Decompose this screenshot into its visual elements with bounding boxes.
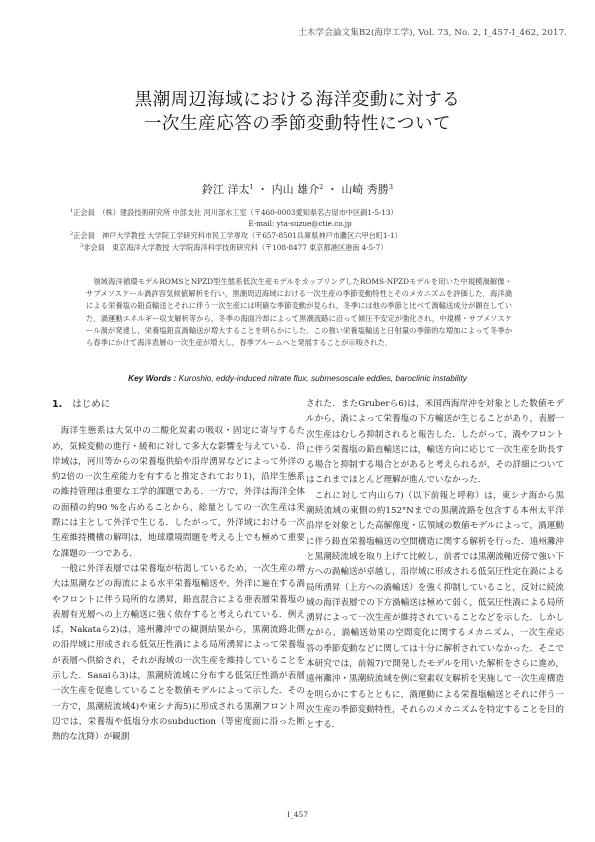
affil-text: 正会員 神戸大学教授 大学院工学研究科市民工学専攻（〒657-8501兵庫県神戸… [73,231,402,240]
body-paragraph: された．またGruberら6)は，米国西海岸沖を対象とした数値モデルから，渦によ… [306,397,564,489]
affiliation-2: 2正会員 神戸大学教授 大学院工学研究科市民工学専攻（〒657-8501兵庫県神… [70,229,530,241]
keywords: Key Words : Kuroshio, eddy-induced nitra… [0,373,595,383]
column-right: された．またGruberら6)は，米国西海岸沖を対象とした数値モデルから，渦によ… [306,397,564,734]
body-paragraph: これに対して内山ら7)（以下前報と呼称）は，東シナ海から黒潮続流域の東側の約15… [306,489,564,734]
section-number: 1. [52,399,62,410]
author-affil-mark: 2 [319,183,323,191]
author-affil-mark: 3 [389,183,393,191]
author-separator: ・ [257,183,268,196]
body-paragraph: 一般に外洋表層では栄養塩が枯渇しているため，一次生産の増大は黒潮などの海流による… [52,562,305,746]
journal-citation: 土木学会論文集B2(海岸工学), Vol. 73, No. 2, I_457-I… [298,26,567,38]
section-heading: 1.はじめに [52,397,305,412]
affiliation-1: 1正会員 （株）建設技術研究所 中部支社 河川部水工室（〒460-0003愛知県… [70,206,530,218]
title-line-2: 一次生産応答の季節変動特性について [0,112,595,136]
author-separator: ・ [327,183,338,196]
keywords-label: Key Words : [128,373,176,383]
author-name: 鈴江 洋太 [202,183,250,196]
body-paragraph: 海洋生態系は大気中の二酸化炭素の吸収・固定に寄与するため，気候変動の進行・緩和に… [52,424,305,562]
page-number: I_457 [0,810,595,819]
affil-text: 非会員 東京海洋大学教授 大学院海洋科学技術研究科（〒108-8477 東京都港… [83,243,387,252]
title-line-1: 黒潮周辺海域における海洋変動に対する [0,88,595,112]
section-title: はじめに [72,399,110,410]
keywords-text: Kuroshio, eddy-induced nitrate flux, sub… [179,373,467,383]
author-name: 内山 雄介 [272,183,320,196]
author-name: 山崎 秀勝 [341,183,389,196]
column-left: 1.はじめに 海洋生態系は大気中の二酸化炭素の吸収・固定に寄与するため，気候変動… [52,397,305,746]
abstract: 領域海洋循環モデルROMSとNPZD型生態系低次生産モデルをカップリングしたRO… [86,276,512,349]
author-email: E-mail: yta-suzue@ctie.co.jp [70,218,530,229]
author-affil-mark: 1 [250,183,254,191]
affiliation-3: 3非会員 東京海洋大学教授 大学院海洋科学技術研究科（〒108-8477 東京都… [70,241,530,253]
author-list: 鈴江 洋太1 ・ 内山 雄介2 ・ 山崎 秀勝3 [0,181,595,197]
paper-title: 黒潮周辺海域における海洋変動に対する 一次生産応答の季節変動特性について [0,88,595,136]
affil-text: 正会員 （株）建設技術研究所 中部支社 河川部水工室（〒460-0003愛知県名… [73,208,398,217]
affiliations: 1正会員 （株）建設技術研究所 中部支社 河川部水工室（〒460-0003愛知県… [70,206,530,253]
